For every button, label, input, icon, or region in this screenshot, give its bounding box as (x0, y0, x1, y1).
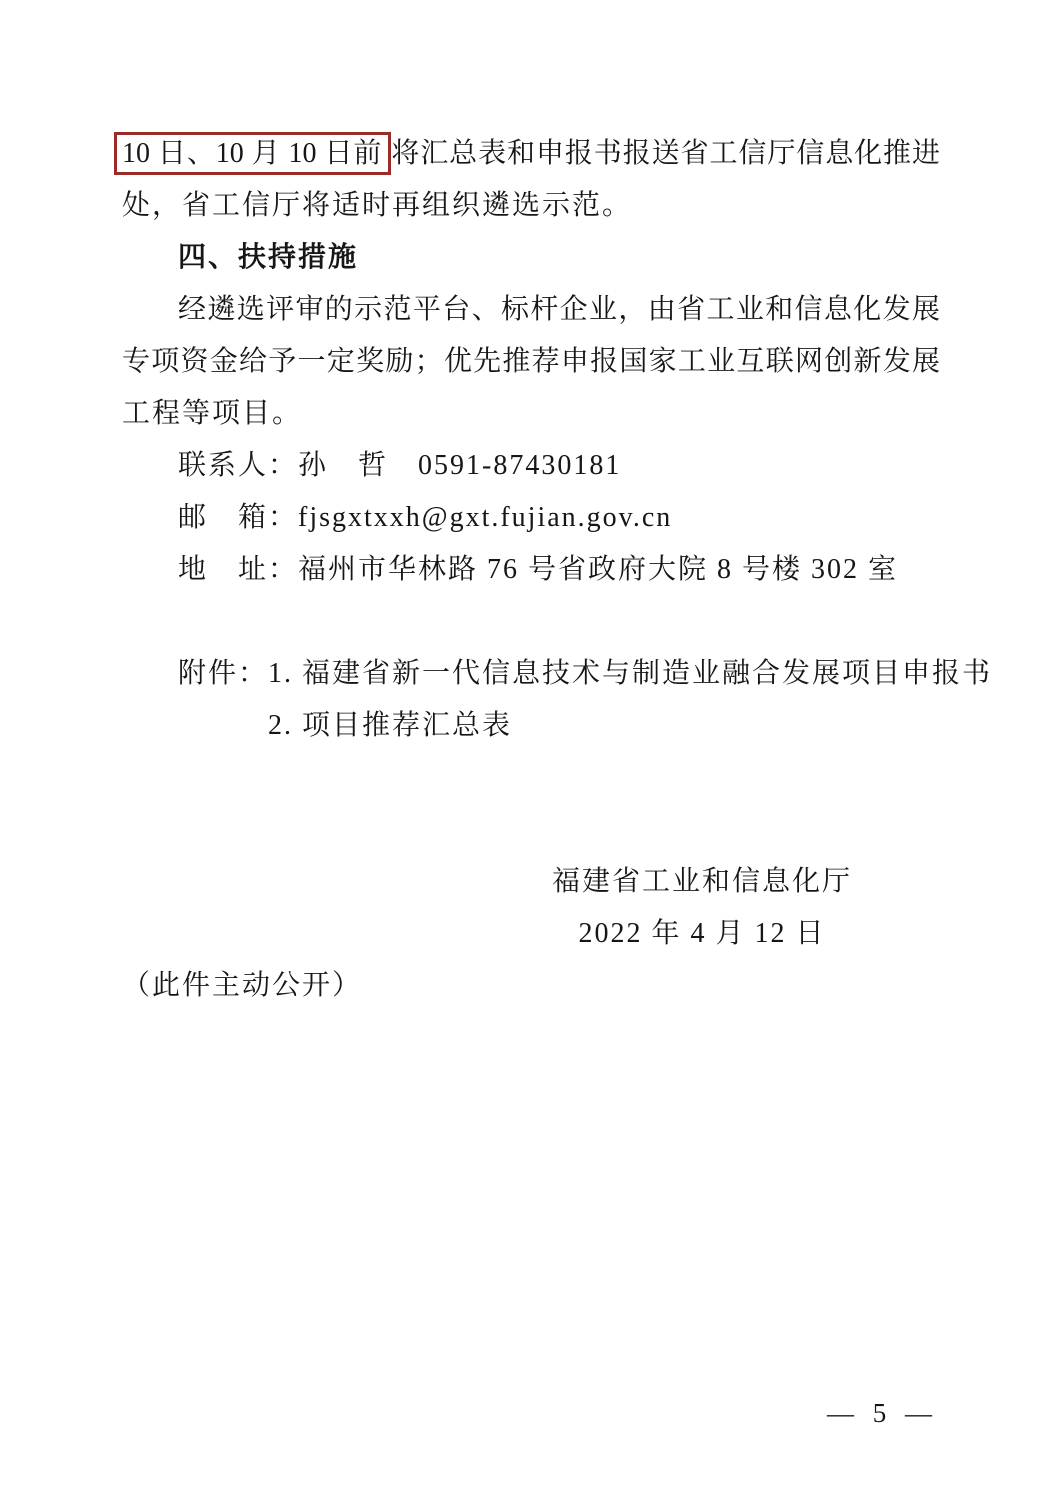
disclosure-note: （此件主动公开） (122, 960, 940, 1012)
document-page: 10 日、10 月 10 日前将汇总表和申报书报送省工信厅信息化推进 处，省工信… (0, 0, 1060, 1504)
blank-space (122, 752, 940, 856)
deadline-highlight-box: 10 日、10 月 10 日前 (114, 132, 391, 175)
signature-issuer: 福建省工业和信息化厅 (537, 856, 867, 908)
document-body: 10 日、10 月 10 日前将汇总表和申报书报送省工信厅信息化推进 处，省工信… (122, 128, 940, 1012)
support-paragraph-line-2: 专项资金给予一定奖励；优先推荐申报国家工业互联网创新发展 (122, 336, 940, 388)
support-paragraph-line-3: 工程等项目。 (122, 388, 940, 440)
blank-line (122, 596, 940, 648)
attachments-label: 附件： (178, 648, 268, 700)
attachments-block: 附件： 1. 福建省新一代信息技术与制造业融合发展项目申报书 2. 项目推荐汇总… (178, 648, 940, 752)
contact-email-line: 邮 箱：fjsgxtxxh@gxt.fujian.gov.cn (122, 492, 940, 544)
section-heading: 四、扶持措施 (122, 232, 940, 284)
attachment-item-1: 1. 福建省新一代信息技术与制造业融合发展项目申报书 (268, 658, 992, 689)
page-number: — 5 — (827, 1398, 938, 1429)
paragraph-continuation-line-2: 处，省工信厅将适时再组织遴选示范。 (122, 180, 940, 232)
support-paragraph-line-1: 经遴选评审的示范平台、标杆企业，由省工业和信息化发展 (122, 284, 940, 336)
paragraph-continuation-text: 将汇总表和申报书报送省工信厅信息化推进 (391, 138, 940, 169)
signature-date: 2022 年 4 月 12 日 (537, 908, 867, 960)
attachments-list: 1. 福建省新一代信息技术与制造业融合发展项目申报书 2. 项目推荐汇总表 (268, 648, 992, 752)
signature-block: 福建省工业和信息化厅 2022 年 4 月 12 日 (537, 856, 867, 960)
contact-person-line: 联系人：孙 哲 0591-87430181 (122, 440, 940, 492)
contact-address-line: 地 址：福州市华林路 76 号省政府大院 8 号楼 302 室 (122, 544, 940, 596)
paragraph-continuation-line-1: 10 日、10 月 10 日前将汇总表和申报书报送省工信厅信息化推进 (122, 128, 940, 180)
attachment-item-2: 2. 项目推荐汇总表 (268, 710, 512, 741)
deadline-highlight-text: 10 日、10 月 10 日前 (122, 138, 382, 169)
